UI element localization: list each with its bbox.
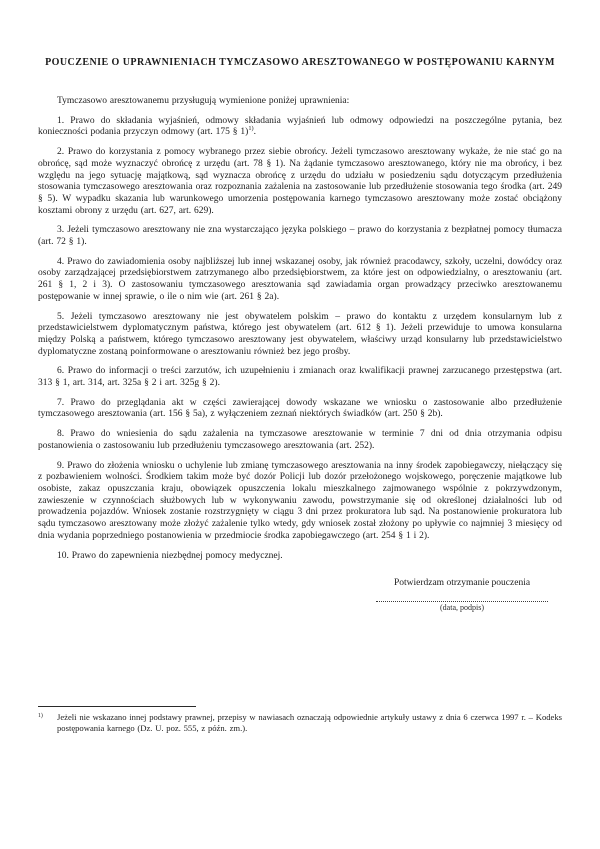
rights-paragraph-2: 2. Prawo do korzystania z pomocy wybrane… [38, 147, 562, 217]
paragraph-text: 9. Prawo do złożenia wniosku o uchylenie… [38, 461, 562, 541]
rights-paragraph-10: 10. Prawo do zapewnienia niezbędnej pomo… [38, 551, 562, 563]
footnote-text: Jeżeli nie wskazano innej podstawy prawn… [57, 712, 562, 733]
paragraph-text: 2. Prawo do korzystania z pomocy wybrane… [38, 147, 562, 216]
signature-caption: (data, podpis) [376, 603, 548, 612]
rights-paragraph-7: 7. Prawo do przeglądania akt w części za… [38, 398, 562, 421]
document-page: POUCZENIE O UPRAWNIENIACH TYMCZASOWO ARE… [0, 0, 600, 849]
footnote-separator-rule [38, 706, 196, 707]
intro-text: Tymczasowo aresztowanemu przysługują wym… [57, 96, 349, 106]
footnote-item: 1)Jeżeli nie wskazano innej podstawy pra… [38, 712, 562, 735]
document-content: POUCZENIE O UPRAWNIENIACH TYMCZASOWO ARE… [0, 0, 600, 612]
footnote-section: 1)Jeżeli nie wskazano innej podstawy pra… [38, 706, 562, 735]
signature-dotted-line [376, 600, 548, 602]
rights-paragraph-3: 3. Jeżeli tymczasowo aresztowany nie zna… [38, 225, 562, 248]
rights-paragraph-8: 8. Prawo do wniesienia do sądu zażalenia… [38, 429, 562, 452]
footnote-marker: 1) [38, 711, 43, 722]
paragraph-text: 3. Jeżeli tymczasowo aresztowany nie zna… [38, 225, 562, 247]
signature-block: Potwierdzam otrzymanie pouczenia (data, … [376, 577, 548, 612]
document-title: POUCZENIE O UPRAWNIENIACH TYMCZASOWO ARE… [38, 57, 562, 69]
paragraph-text: 7. Prawo do przeglądania akt w części za… [38, 398, 562, 420]
paragraph-text: 6. Prawo do informacji o treści zarzutów… [38, 366, 562, 388]
rights-paragraph-9: 9. Prawo do złożenia wniosku o uchylenie… [38, 461, 562, 543]
paragraph-text: 10. Prawo do zapewnienia niezbędnej pomo… [57, 551, 283, 561]
rights-paragraph-4: 4. Prawo do zawiadomienia osoby najbliżs… [38, 257, 562, 304]
rights-paragraph-1: 1. Prawo do składania wyjaśnień, odmowy … [38, 116, 562, 139]
rights-paragraph-5: 5. Jeżeli tymczasowo aresztowany nie jes… [38, 312, 562, 359]
paragraph-text-after: . [254, 127, 256, 137]
rights-paragraph-6: 6. Prawo do informacji o treści zarzutów… [38, 366, 562, 389]
paragraph-text: 5. Jeżeli tymczasowo aresztowany nie jes… [38, 312, 562, 357]
paragraph-text: 1. Prawo do składania wyjaśnień, odmowy … [38, 116, 562, 138]
signature-confirm-label: Potwierdzam otrzymanie pouczenia [376, 577, 548, 589]
paragraph-text: 8. Prawo do wniesienia do sądu zażalenia… [38, 429, 562, 451]
paragraph-text: 4. Prawo do zawiadomienia osoby najbliżs… [38, 257, 562, 302]
intro-paragraph: Tymczasowo aresztowanemu przysługują wym… [38, 96, 562, 108]
